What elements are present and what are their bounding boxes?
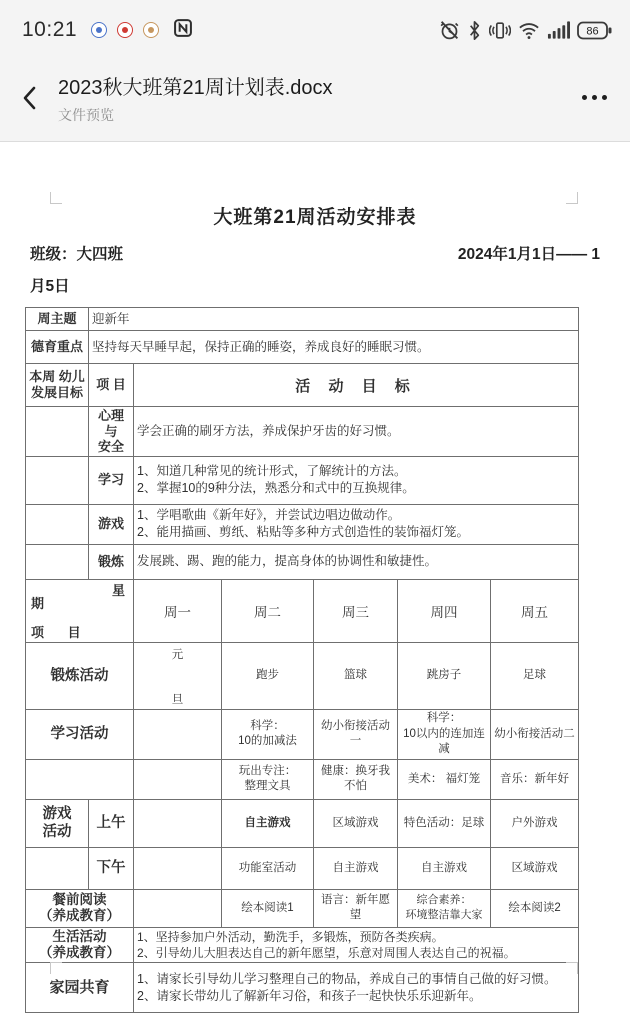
home-coop-content: 1、请家长引导幼儿学习整理自己的物品，养成自己的事情自己做的好习惯。 2、请家长…	[134, 963, 579, 1013]
cell-am-thu: 特色活动：足球	[398, 799, 491, 847]
cell-reading-mon	[134, 889, 222, 927]
cell-extra-fri: 音乐：新年好	[491, 759, 579, 799]
bluetooth-icon	[467, 20, 482, 41]
cell-pm-mon	[134, 847, 222, 889]
class-label: 班级：大四班	[30, 242, 123, 264]
table-row: 锻炼 发展跳、踢、跑的能力，提高身体的协调性和敏捷性。	[26, 544, 579, 579]
cell-reading-thu: 综合素养： 环境整洁靠大家	[398, 889, 491, 927]
empty-cell	[26, 544, 89, 579]
table-row: 星 期 项 目 周一 周二 周三 周四 周五	[26, 579, 579, 642]
cell-study-wed: 幼小衔接活动一	[314, 709, 398, 759]
table-row: 游戏 活动 上午 自主游戏 区域游戏 特色活动：足球 户外游戏	[26, 799, 579, 847]
cell-am-wed: 区域游戏	[314, 799, 398, 847]
moral-focus-label: 德育重点	[26, 331, 89, 364]
nfc-icon	[173, 18, 193, 43]
game-activity-label: 游戏 活动	[26, 799, 89, 847]
vibrate-icon	[489, 20, 511, 41]
cell-pm-thu: 自主游戏	[398, 847, 491, 889]
item-exercise: 锻炼	[89, 544, 134, 579]
alarm-off-icon	[439, 20, 460, 41]
table-row: 本周 幼儿 发展目标 项 目 活 动 目 标	[26, 364, 579, 407]
afternoon-label: 下午	[89, 847, 134, 889]
document-meta: 班级：大四班 2024年1月1日—— 1	[0, 242, 630, 264]
page-margin-mark	[566, 192, 578, 204]
cell-exercise-tue: 跑步	[222, 642, 314, 709]
chevron-left-icon	[19, 83, 41, 113]
ellipsis-icon	[582, 95, 587, 100]
table-row: 玩出专注： 整理文具 健康：换牙我不怕 美术： 福灯笼 音乐：新年好	[26, 759, 579, 799]
day-header-thu: 周四	[398, 579, 491, 642]
document-title: 大班第21周活动安排表	[0, 142, 630, 229]
app-bar: 2023秋大班第21周计划表.docx 文件预览	[0, 54, 630, 142]
week-theme-value: 迎新年	[89, 308, 579, 331]
signal-icon	[547, 20, 570, 40]
cell-study-mon	[134, 709, 222, 759]
empty-cell	[26, 456, 89, 504]
cell-am-fri: 户外游戏	[491, 799, 579, 847]
cell-pm-tue: 功能室活动	[222, 847, 314, 889]
moral-focus-value: 坚持每天早睡早起，保持正确的睡姿，养成良好的睡眠习惯。	[89, 331, 579, 364]
goal-game: 1、学唱歌曲《新年好》，并尝试边唱边做动作。 2、能用描画、剪纸、粘贴等多种方式…	[134, 504, 579, 544]
empty-cell	[26, 759, 134, 799]
day-header-wed: 周三	[314, 579, 398, 642]
cell-reading-fri: 绘本阅读2	[491, 889, 579, 927]
item-study: 学习	[89, 456, 134, 504]
cell-extra-thu: 美术： 福灯笼	[398, 759, 491, 799]
item-game: 游戏	[89, 504, 134, 544]
more-options-button[interactable]	[572, 76, 616, 120]
cell-am-mon	[134, 799, 222, 847]
cell-extra-tue: 玩出专注： 整理文具	[222, 759, 314, 799]
cell-study-thu: 科学： 10以内的连加连减	[398, 709, 491, 759]
goal-exercise: 发展跳、踢、跑的能力，提高身体的协调性和敏捷性。	[134, 544, 579, 579]
table-row: 餐前阅读 （养成教育） 绘本阅读1 语言：新年愿望 综合素养： 环境整洁靠大家 …	[26, 889, 579, 927]
cell-am-tue: 自主游戏	[222, 799, 314, 847]
goal-study: 1、知道几种常见的统计形式，了解统计的方法。 2、掌握10的9种分法，熟悉分和式…	[134, 456, 579, 504]
back-button[interactable]	[12, 76, 48, 120]
morning-label: 上午	[89, 799, 134, 847]
table-row: 德育重点 坚持每天早睡早起，保持正确的睡姿，养成良好的睡眠习惯。	[26, 331, 579, 364]
home-coop-label: 家园共育	[26, 963, 134, 1013]
empty-cell	[26, 504, 89, 544]
date-range-continued: 月5日	[0, 274, 630, 296]
file-name: 2023秋大班第21周计划表.docx	[58, 71, 572, 100]
corner-item-label: 项 目	[31, 622, 91, 641]
study-activity-label: 学习活动	[26, 709, 134, 759]
table-row: 游戏 1、学唱歌曲《新年好》，并尝试边唱边做动作。 2、能用描画、剪纸、粘贴等多…	[26, 504, 579, 544]
item-header: 项 目	[89, 364, 134, 407]
pre-meal-reading-label: 餐前阅读 （养成教育）	[26, 889, 134, 927]
clock-time: 10:21	[22, 18, 77, 42]
cell-exercise-thu: 跳房子	[398, 642, 491, 709]
app-notification-red-icon	[117, 22, 133, 38]
exercise-activity-label: 锻炼活动	[26, 642, 134, 709]
wifi-icon	[518, 20, 540, 40]
corner-week-char: 星	[112, 580, 125, 599]
page-margin-mark	[50, 192, 62, 204]
page-margin-mark	[566, 962, 578, 974]
cell-extra-mon	[134, 759, 222, 799]
status-icons-right: 86	[439, 20, 614, 41]
life-activity-label: 生活活动 （养成教育）	[26, 927, 134, 962]
goal-header: 活 动 目 标	[134, 364, 579, 407]
table-row: 下午 功能室活动 自主游戏 自主游戏 区域游戏	[26, 847, 579, 889]
cell-reading-wed: 语言：新年愿望	[314, 889, 398, 927]
cell-study-tue: 科学： 10的加减法	[222, 709, 314, 759]
table-row: 生活活动 （养成教育） 1、坚持参加户外活动，勤洗手，多锻炼，预防各类疾病。 2…	[26, 927, 579, 962]
cell-extra-wed: 健康：换牙我不怕	[314, 759, 398, 799]
goal-psych-safety: 学会正确的刷牙方法，养成保护牙齿的好习惯。	[134, 407, 579, 457]
cell-study-fri: 幼小衔接活动二	[491, 709, 579, 759]
page-margin-mark	[50, 962, 62, 974]
app-notification-orange-icon	[143, 22, 159, 38]
corner-week-char2: 期	[31, 593, 44, 612]
cell-pm-fri: 区域游戏	[491, 847, 579, 889]
table-row: 学习 1、知道几种常见的统计形式，了解统计的方法。 2、掌握10的9种分法，熟悉…	[26, 456, 579, 504]
notification-icons	[91, 18, 193, 43]
item-psych-safety: 心理与 安全	[89, 407, 134, 457]
table-row: 锻炼活动 元 旦 跑步 篮球 跳房子 足球	[26, 642, 579, 709]
empty-cell	[26, 407, 89, 457]
cell-exercise-fri: 足球	[491, 642, 579, 709]
empty-cell	[26, 847, 89, 889]
weekly-plan-table: 周主题 迎新年 德育重点 坚持每天早睡早起，保持正确的睡姿，养成良好的睡眠习惯。…	[25, 307, 579, 1013]
file-title-block: 2023秋大班第21周计划表.docx 文件预览	[58, 71, 572, 125]
day-header-mon: 周一	[134, 579, 222, 642]
table-row: 心理与 安全 学会正确的刷牙方法，养成保护牙齿的好习惯。	[26, 407, 579, 457]
life-activity-content: 1、坚持参加户外活动，勤洗手，多锻炼，预防各类疾病。 2、引导幼儿大胆表达自己的…	[134, 927, 579, 962]
cell-pm-wed: 自主游戏	[314, 847, 398, 889]
table-row: 家园共育 1、请家长引导幼儿学习整理自己的物品，养成自己的事情自己做的好习惯。 …	[26, 963, 579, 1013]
table-row: 学习活动 科学： 10的加减法 幼小衔接活动一 科学： 10以内的连加连减 幼小…	[26, 709, 579, 759]
day-header-tue: 周二	[222, 579, 314, 642]
week-theme-label: 周主题	[26, 308, 89, 331]
cell-exercise-mon: 元 旦	[134, 642, 222, 709]
app-notification-blue-icon	[91, 22, 107, 38]
corner-header-cell: 星 期 项 目	[26, 579, 134, 642]
day-header-fri: 周五	[491, 579, 579, 642]
battery-percent-text: 86	[586, 25, 598, 37]
document-preview[interactable]: 大班第21周活动安排表 班级：大四班 2024年1月1日—— 1 月5日 周主题…	[0, 142, 630, 1016]
status-bar: 10:21	[0, 0, 630, 54]
preview-label: 文件预览	[58, 105, 572, 125]
table-row: 周主题 迎新年	[26, 308, 579, 331]
dev-goal-label: 本周 幼儿 发展目标	[26, 364, 89, 407]
cell-reading-tue: 绘本阅读1	[222, 889, 314, 927]
date-range: 2024年1月1日—— 1	[458, 242, 600, 264]
battery-icon: 86	[577, 21, 614, 40]
cell-exercise-wed: 篮球	[314, 642, 398, 709]
